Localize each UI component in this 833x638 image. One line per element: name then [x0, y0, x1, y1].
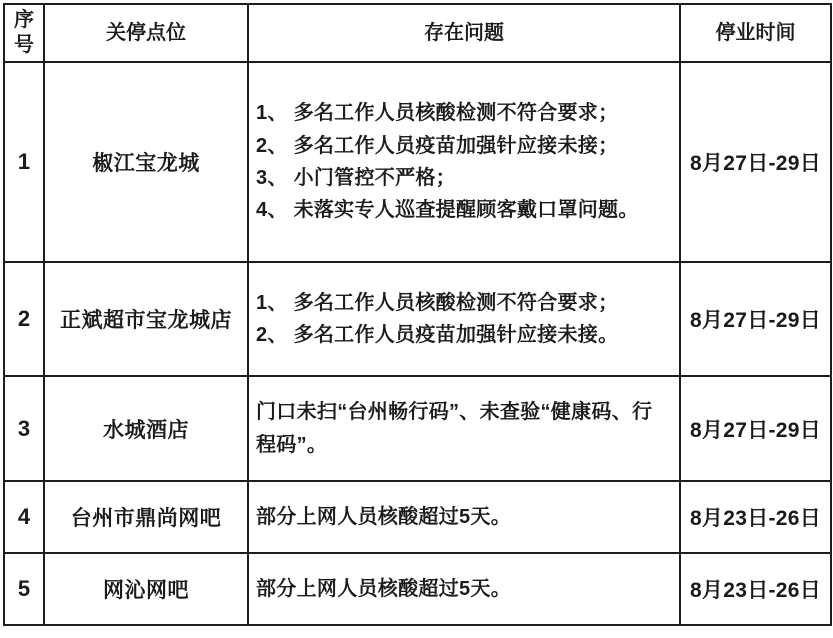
- table-row: 5 网沁网吧 部分上网人员核酸超过5天。 8月23日-26日: [4, 553, 831, 625]
- problem-line: 1、 多名工作人员核酸检测不符合要求；: [256, 287, 671, 319]
- page: 序号 关停点位 存在问题 停业时间 1 椒江宝龙城 1、 多名工作人员核酸检测不…: [0, 0, 833, 629]
- problem-line: 3、 小门管控不严格；: [256, 162, 671, 194]
- table-row: 4 台州市鼎尚网吧 部分上网人员核酸超过5天。 8月23日-26日: [4, 481, 831, 553]
- cell-problems: 1、 多名工作人员核酸检测不符合要求； 2、 多名工作人员疫苗加强针应接未接。: [248, 262, 680, 376]
- problem-line: 门口未扫“台州畅行码”、未查验“健康码、行程码”。: [256, 396, 671, 461]
- cell-serial: 5: [4, 553, 44, 625]
- closure-table: 序号 关停点位 存在问题 停业时间 1 椒江宝龙城 1、 多名工作人员核酸检测不…: [3, 3, 832, 626]
- problem-line: 1、 多名工作人员核酸检测不符合要求；: [256, 97, 671, 129]
- problem-line: 4、 未落实专人巡查提醒顾客戴口罩问题。: [256, 194, 671, 226]
- table-row: 3 水城酒店 门口未扫“台州畅行码”、未查验“健康码、行程码”。 8月27日-2…: [4, 376, 831, 481]
- problem-line: 部分上网人员核酸超过5天。: [256, 501, 671, 533]
- cell-location: 椒江宝龙城: [44, 62, 248, 262]
- header-row: 序号 关停点位 存在问题 停业时间: [4, 4, 831, 62]
- cell-location: 台州市鼎尚网吧: [44, 481, 248, 553]
- cell-problems: 1、 多名工作人员核酸检测不符合要求； 2、 多名工作人员疫苗加强针应接未接； …: [248, 62, 680, 262]
- cell-closure-time: 8月27日-29日: [680, 62, 831, 262]
- problem-line: 2、 多名工作人员疫苗加强针应接未接。: [256, 319, 671, 351]
- cell-serial: 1: [4, 62, 44, 262]
- cell-problems: 部分上网人员核酸超过5天。: [248, 481, 680, 553]
- cell-problems: 门口未扫“台州畅行码”、未查验“健康码、行程码”。: [248, 376, 680, 481]
- cell-problems: 部分上网人员核酸超过5天。: [248, 553, 680, 625]
- cell-closure-time: 8月23日-26日: [680, 553, 831, 625]
- col-header-serial: 序号: [4, 4, 44, 62]
- cell-serial: 4: [4, 481, 44, 553]
- cell-serial: 2: [4, 262, 44, 376]
- table-row: 2 正斌超市宝龙城店 1、 多名工作人员核酸检测不符合要求； 2、 多名工作人员…: [4, 262, 831, 376]
- cell-closure-time: 8月23日-26日: [680, 481, 831, 553]
- cell-location: 网沁网吧: [44, 553, 248, 625]
- problem-line: 部分上网人员核酸超过5天。: [256, 573, 671, 605]
- table-row: 1 椒江宝龙城 1、 多名工作人员核酸检测不符合要求； 2、 多名工作人员疫苗加…: [4, 62, 831, 262]
- col-header-closure-time: 停业时间: [680, 4, 831, 62]
- cell-location: 正斌超市宝龙城店: [44, 262, 248, 376]
- col-header-location: 关停点位: [44, 4, 248, 62]
- cell-closure-time: 8月27日-29日: [680, 262, 831, 376]
- col-header-problems: 存在问题: [248, 4, 680, 62]
- cell-location: 水城酒店: [44, 376, 248, 481]
- problem-line: 2、 多名工作人员疫苗加强针应接未接；: [256, 130, 671, 162]
- cell-closure-time: 8月27日-29日: [680, 376, 831, 481]
- cell-serial: 3: [4, 376, 44, 481]
